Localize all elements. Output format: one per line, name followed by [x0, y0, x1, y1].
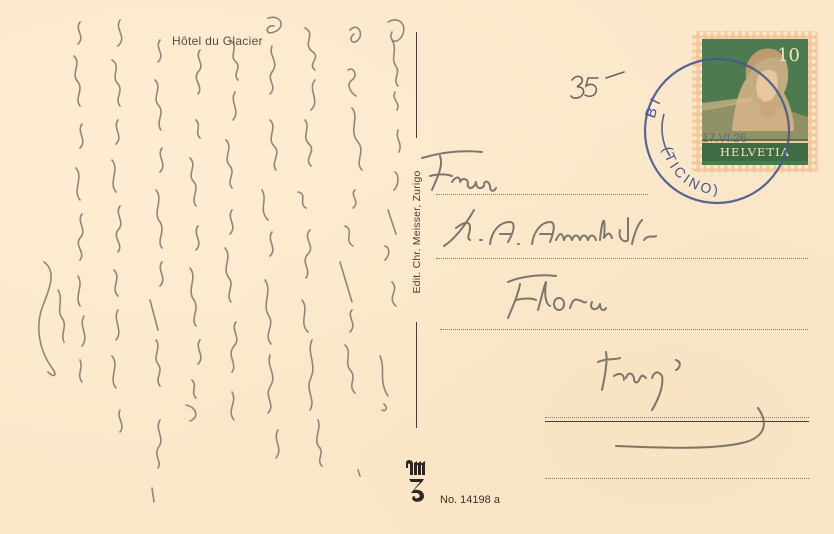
publisher-credit: Edit. Chr. Meisser, Zurigo — [411, 170, 423, 293]
address-line-4-solid — [545, 421, 809, 422]
address-line-3 — [440, 329, 808, 330]
hotel-title: Hôtel du Glacier — [172, 34, 263, 48]
address-line-1 — [436, 194, 648, 195]
handwritten-message — [0, 0, 420, 534]
handwritten-address: Frau — [420, 140, 820, 460]
postcard-back: Hôtel du Glacier Edit. Chr. Meisser, Zur… — [0, 0, 834, 534]
divider-line-top — [416, 32, 417, 138]
svg-text:BI: BI — [642, 92, 666, 120]
postage-stamp: 10 HELVETIA — [694, 33, 816, 171]
address-line-4-dotted — [545, 417, 809, 418]
stamp-country: HELVETIA — [702, 141, 808, 161]
address-line-2 — [436, 258, 808, 259]
publisher-logo-icon — [403, 457, 429, 503]
divider-line-bottom — [416, 322, 417, 428]
address-line-5 — [545, 478, 809, 479]
price-note-handwritten — [568, 66, 632, 106]
stamp-value: 10 — [777, 45, 800, 66]
card-number: No. 14198 a — [440, 494, 500, 506]
